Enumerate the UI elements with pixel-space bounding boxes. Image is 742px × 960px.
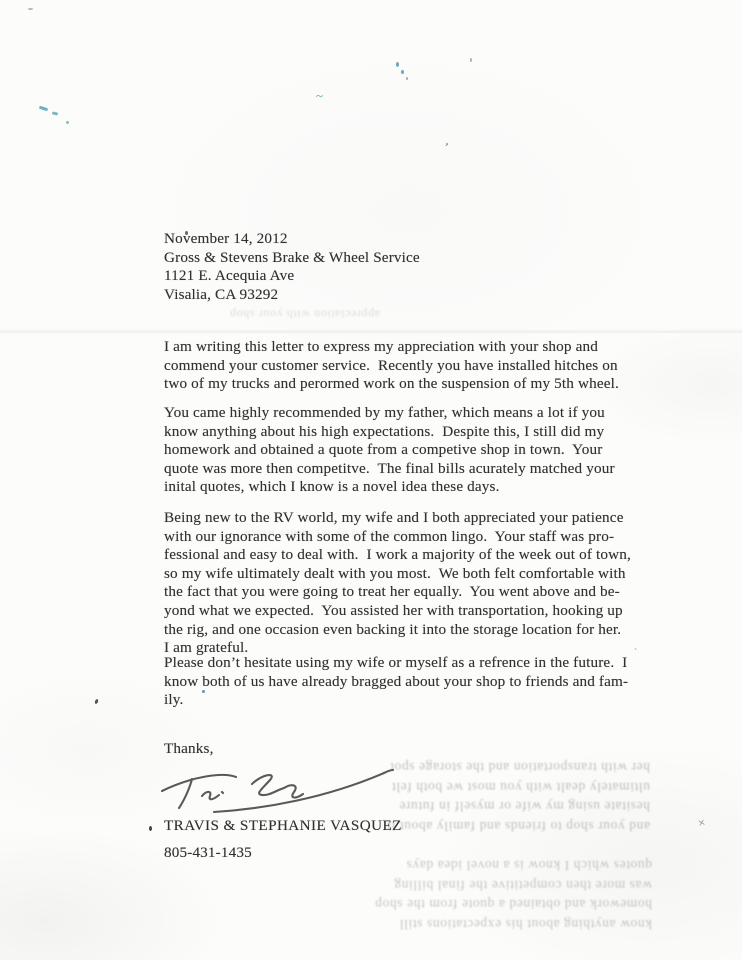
paragraph: You came highly recommended by my father… bbox=[164, 404, 644, 497]
phone-block: 805-431-1435 bbox=[164, 844, 644, 863]
signature-name-block: TRAVIS & STEPHANIE VASQUEZ bbox=[164, 817, 644, 836]
paragraph-line: homework and obtained a quote from a com… bbox=[164, 441, 644, 460]
recipient-line: 1121 E. Acequia Ave bbox=[164, 267, 644, 286]
paragraph-line: know both of us have already bragged abo… bbox=[164, 673, 644, 692]
paragraph-line: so my wife ultimately dealt with you mos… bbox=[164, 565, 644, 584]
paragraph: I am writing this letter to express my a… bbox=[164, 338, 644, 394]
bleedthrough-text: know anything about his expectations sti… bbox=[152, 856, 652, 934]
paragraph-line: inital quotes, which I know is a novel i… bbox=[164, 478, 644, 497]
paragraph-line: You came highly recommended by my father… bbox=[164, 404, 644, 423]
paragraph-line: the fact that you were going to treat he… bbox=[164, 583, 644, 602]
fold-crease bbox=[0, 329, 742, 335]
recipient-line: Visalia, CA 93292 bbox=[164, 286, 644, 305]
paragraph: Being new to the RV world, my wife and I… bbox=[164, 509, 644, 658]
paragraph-line: yond what we expected. You assisted her … bbox=[164, 602, 644, 621]
ink-speck bbox=[28, 8, 33, 10]
paragraph-line: know anything about his high expectation… bbox=[164, 423, 644, 442]
ink-speck bbox=[149, 826, 152, 831]
ink-speck bbox=[66, 121, 69, 124]
scanned-letter-page: appreciation with your shop recommended … bbox=[0, 0, 742, 960]
comma-mark: ’ bbox=[442, 140, 450, 156]
paragraph: Please don’t hesitate using my wife or m… bbox=[164, 654, 644, 710]
pen-squiggle-mark: ~ bbox=[316, 88, 323, 104]
ink-speck bbox=[401, 70, 404, 74]
bleedthrough-text: appreciation with your shop bbox=[170, 304, 380, 324]
phone-number: 805-431-1435 bbox=[164, 844, 644, 863]
paragraph-line: ily. bbox=[164, 691, 644, 710]
smudge-x-mark: × bbox=[696, 814, 707, 831]
paragraph-line: commend your customer service. Recently … bbox=[164, 357, 644, 376]
bleedthrough-line: know anything about his expectations sti… bbox=[152, 915, 652, 935]
ink-speck bbox=[94, 699, 99, 705]
ink-speck bbox=[185, 231, 188, 235]
bleedthrough-line: homework and obtained a quote from the s… bbox=[152, 895, 652, 915]
closing-line: Thanks, bbox=[164, 740, 644, 759]
closing: Thanks, bbox=[164, 740, 644, 759]
paragraph-line: the rig, and one occasion even backing i… bbox=[164, 621, 644, 640]
paragraph-line: with our ignorance with some of the comm… bbox=[164, 528, 644, 547]
bleedthrough-line: appreciation with your shop bbox=[170, 304, 380, 324]
letter-header: November 14, 2012 Gross & Stevens Brake … bbox=[164, 230, 644, 304]
ink-speck bbox=[470, 58, 472, 62]
paragraph-line: quote was more then competitve. The fina… bbox=[164, 460, 644, 479]
ink-speck bbox=[39, 106, 48, 112]
paragraph-line: two of my trucks and perormed work on th… bbox=[164, 375, 644, 394]
ink-speck bbox=[406, 77, 408, 80]
paragraph-line: Being new to the RV world, my wife and I… bbox=[164, 509, 644, 528]
recipient-block: Gross & Stevens Brake & Wheel Service112… bbox=[164, 249, 644, 305]
handwritten-signature bbox=[156, 760, 404, 820]
paragraph-line: fessional and easy to deal with. I work … bbox=[164, 546, 644, 565]
recipient-line: Gross & Stevens Brake & Wheel Service bbox=[164, 249, 644, 268]
ink-speck bbox=[396, 62, 399, 67]
ink-speck bbox=[202, 690, 205, 693]
ink-speck bbox=[52, 111, 58, 115]
date-line: November 14, 2012 bbox=[164, 230, 644, 249]
signature-name: TRAVIS & STEPHANIE VASQUEZ bbox=[164, 817, 644, 836]
comma-mark: ` bbox=[634, 648, 637, 659]
paragraph-line: Please don’t hesitate using my wife or m… bbox=[164, 654, 644, 673]
paragraph-line: I am writing this letter to express my a… bbox=[164, 338, 644, 357]
bleedthrough-line: was more then competitive the final bill… bbox=[152, 876, 652, 896]
